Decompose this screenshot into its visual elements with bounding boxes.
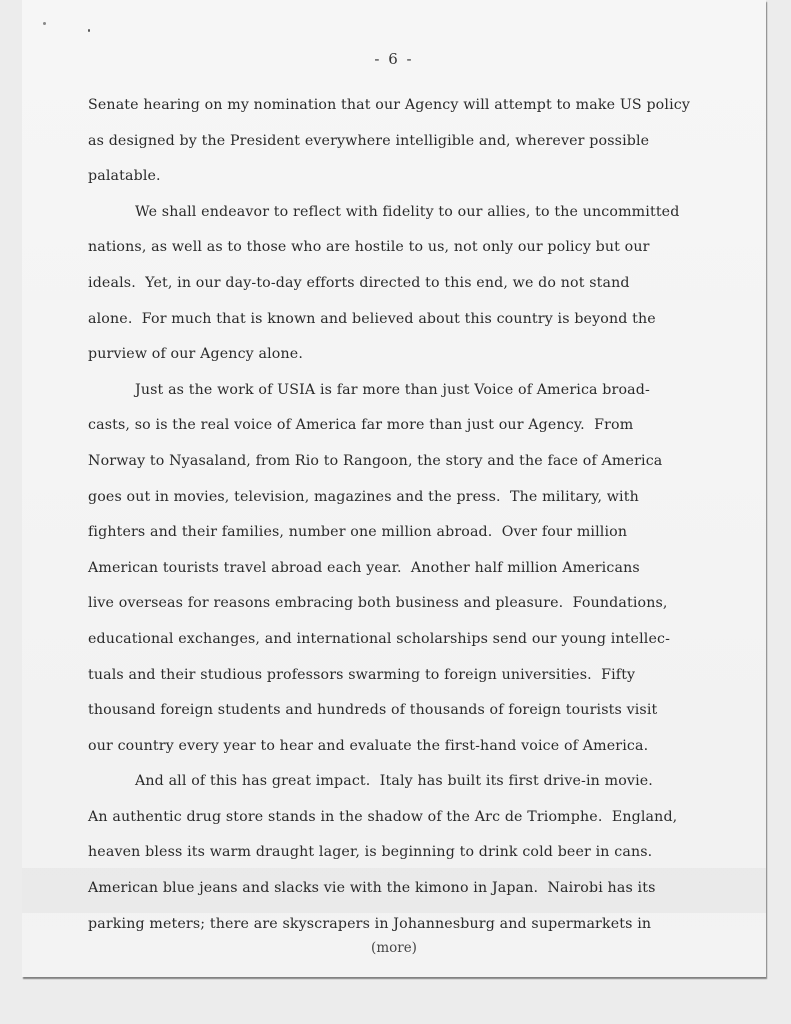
text-line: ideals. Yet, in our day-to-day efforts d… [88,266,728,302]
text-line: American blue jeans and slacks vie with … [88,871,728,907]
paper-speck [43,22,46,25]
paragraph: Senate hearing on my nomination that our… [88,88,728,195]
text-line: fighters and their families, number one … [88,515,728,551]
text-line: An authentic drug store stands in the sh… [88,800,728,836]
text-line: Just as the work of USIA is far more tha… [88,373,728,409]
text-line: live overseas for reasons embracing both… [88,586,728,622]
text-line: Norway to Nyasaland, from Rio to Rangoon… [88,444,728,480]
text-line: American tourists travel abroad each yea… [88,551,728,587]
text-line: We shall endeavor to reflect with fideli… [88,195,728,231]
page-number: - 6 - [22,50,766,68]
paragraph: We shall endeavor to reflect with fideli… [88,195,728,373]
continuation-marker: (more) [22,940,766,956]
text-line: Senate hearing on my nomination that our… [88,88,728,124]
text-line: casts, so is the real voice of America f… [88,408,728,444]
text-line: as designed by the President everywhere … [88,124,728,160]
paragraph: Just as the work of USIA is far more tha… [88,373,728,765]
text-line: goes out in movies, television, magazine… [88,480,728,516]
text-line: parking meters; there are skyscrapers in… [88,907,728,943]
text-line: And all of this has great impact. Italy … [88,764,728,800]
text-line: palatable. [88,159,728,195]
body-text: Senate hearing on my nomination that our… [88,88,728,942]
text-line: thousand foreign students and hundreds o… [88,693,728,729]
text-line: educational exchanges, and international… [88,622,728,658]
text-line: nations, as well as to those who are hos… [88,230,728,266]
text-line: alone. For much that is known and believ… [88,302,728,338]
text-line: tuals and their studious professors swar… [88,658,728,694]
text-line: purview of our Agency alone. [88,337,728,373]
text-line: our country every year to hear and evalu… [88,729,728,765]
paper-speck [88,29,90,32]
text-line: heaven bless its warm draught lager, is … [88,835,728,871]
paragraph: And all of this has great impact. Italy … [88,764,728,942]
document-page: - 6 - Senate hearing on my nomination th… [22,0,766,977]
